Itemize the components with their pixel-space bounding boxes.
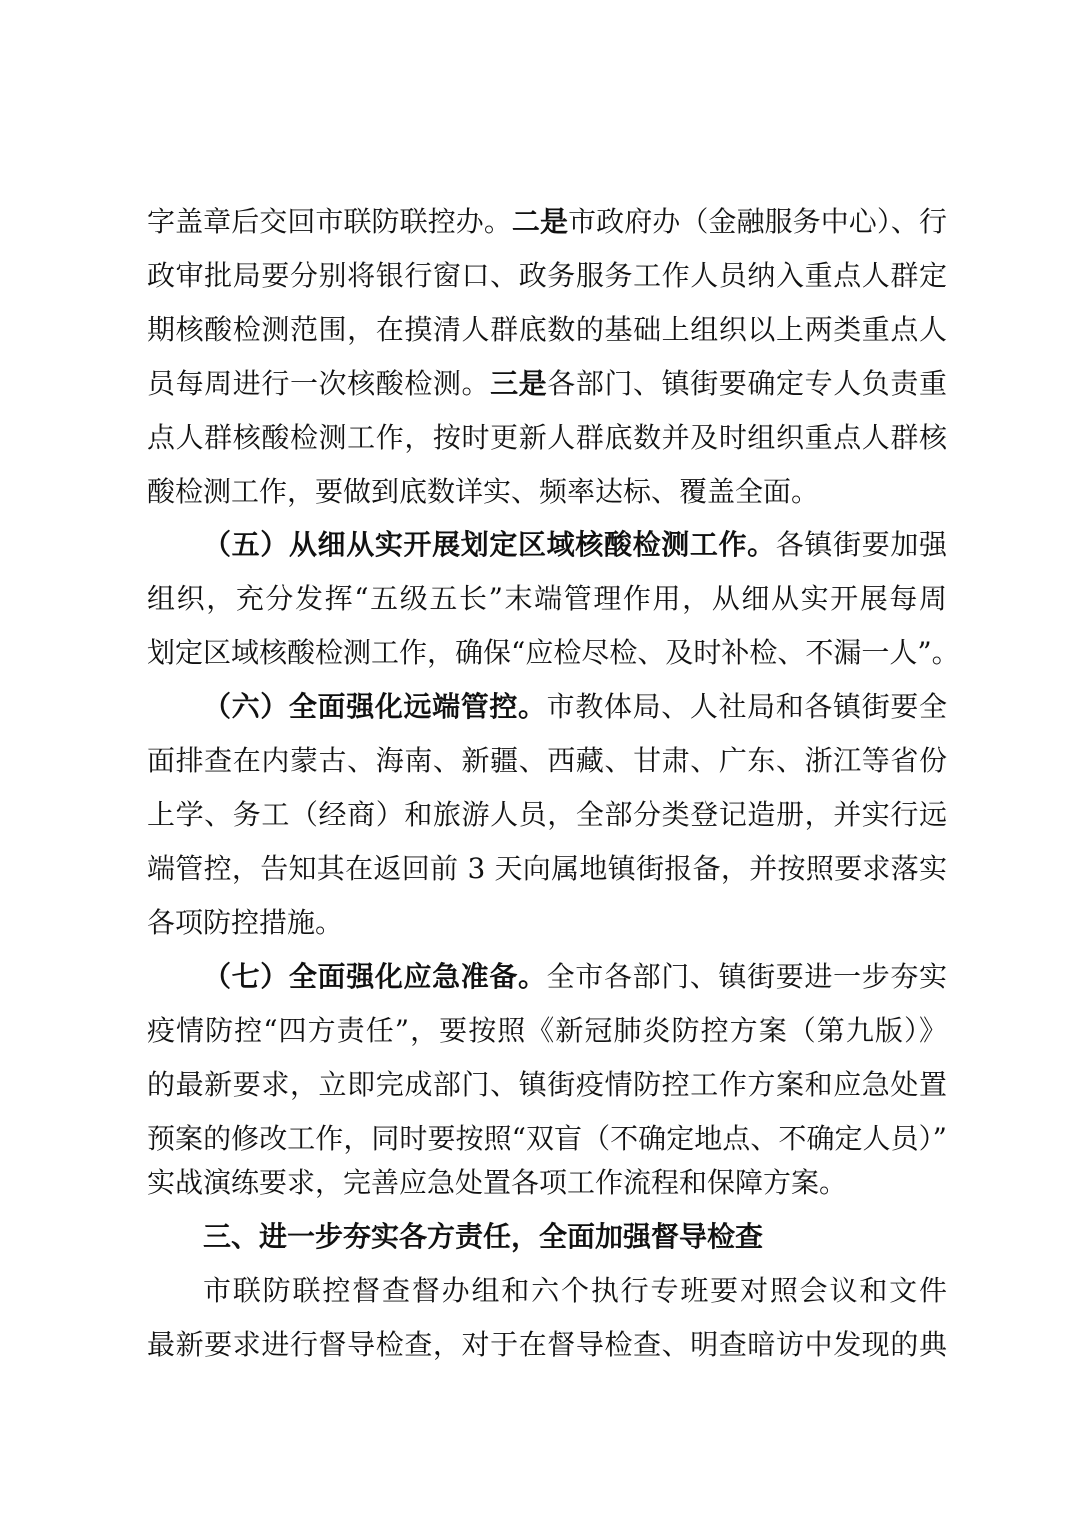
paragraph-line: 员每周进行一次核酸检测。三是各部门、镇街要确定专人负责重	[147, 364, 947, 404]
body-text: 各镇街要加强	[776, 528, 947, 561]
paragraph-line: 各项防控措施。	[147, 903, 947, 943]
paragraph-line: 市联防联控督查督办组和六个执行专班要对照会议和文件	[203, 1271, 947, 1311]
paragraph-line: 字盖章后交回市联防联控办。二是市政府办（金融服务中心）、行	[147, 202, 947, 242]
paragraph-line: 上学、务工（经商）和旅游人员，全部分类登记造册，并实行远	[147, 795, 947, 835]
bold-keyword: 二是	[512, 205, 568, 238]
paragraph-line: 的最新要求，立即完成部门、镇街疫情防控工作方案和应急处置	[147, 1065, 947, 1105]
paragraph-line: 酸检测工作，要做到底数详实、频率达标、覆盖全面。	[147, 472, 947, 512]
paragraph-line: 面排查在内蒙古、海南、新疆、西藏、甘肃、广东、浙江等省份	[147, 741, 947, 781]
section-7-heading-line: （七）全面强化应急准备。全市各部门、镇街要进一步夯实	[203, 957, 947, 997]
paragraph-line: 端管控，告知其在返回前 3 天向属地镇街报备，并按照要求落实	[147, 849, 947, 889]
paragraph-line: 最新要求进行督导检查，对于在督导检查、明查暗访中发现的典	[147, 1325, 947, 1365]
body-text: 市教体局、人社局和各镇街要全	[547, 690, 947, 723]
paragraph-line: 期核酸检测范围，在摸清人群底数的基础上组织以上两类重点人	[147, 310, 947, 350]
section-5-heading-line: （五）从细从实开展划定区域核酸检测工作。各镇街要加强	[203, 525, 947, 565]
body-text: 市政府办（金融服务中心）、行	[568, 205, 947, 238]
paragraph-line: 点人群核酸检测工作，按时更新人群底数并及时组织重点人群核	[147, 418, 947, 458]
section-6-heading-line: （六）全面强化远端管控。市教体局、人社局和各镇街要全	[203, 687, 947, 727]
paragraph-line: 疫情防控“四方责任”，要按照《新冠肺炎防控方案（第九版）》	[147, 1011, 947, 1051]
body-text: 字盖章后交回市联防联控办。	[147, 205, 512, 238]
body-text: 全市各部门、镇街要进一步夯实	[547, 960, 947, 993]
paragraph-line: 组织，充分发挥“五级五长”末端管理作用，从细从实开展每周	[147, 579, 947, 619]
section-6-title: （六）全面强化远端管控。	[203, 690, 547, 723]
body-text: 员每周进行一次核酸检测。	[147, 367, 490, 400]
paragraph-line: 政审批局要分别将银行窗口、政务服务工作人员纳入重点人群定	[147, 256, 947, 296]
paragraph-line: 实战演练要求，完善应急处置各项工作流程和保障方案。	[147, 1163, 947, 1203]
bold-keyword: 三是	[490, 367, 547, 400]
chapter-3-heading: 三、进一步夯实各方责任，全面加强督导检查	[203, 1217, 763, 1257]
section-5-title: （五）从细从实开展划定区域核酸检测工作。	[203, 528, 776, 561]
section-7-title: （七）全面强化应急准备。	[203, 960, 547, 993]
paragraph-line: 划定区域核酸检测工作，确保“应检尽检、及时补检、不漏一人”。	[147, 633, 947, 673]
body-text: 各部门、镇街要确定专人负责重	[547, 367, 947, 400]
paragraph-line: 预案的修改工作，同时要按照“双盲（不确定地点、不确定人员）”	[147, 1119, 947, 1159]
document-page: 字盖章后交回市联防联控办。二是市政府办（金融服务中心）、行 政审批局要分别将银行…	[0, 0, 1080, 1527]
